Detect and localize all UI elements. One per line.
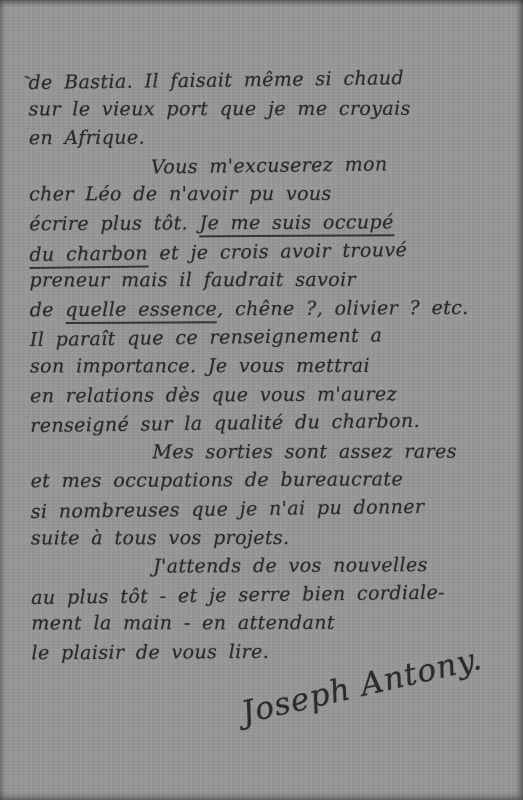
letter-text-segment: du charbon [29,242,148,269]
letter-line: renseigné sur la qualité du charbon. [30,406,492,441]
letter-line: de Bastia. Il faisait même si chaud [28,63,490,98]
letter-text-segment: sur le vieux port que je me croyais [29,97,411,120]
letter-text-segment: de Bastia. Il faisait même si chaud [28,67,404,94]
letter-line: Il paraît que ce renseignement a [30,320,492,355]
letter-line: sur le vieux port que je me croyais [29,94,491,123]
letter-text-segment: au plus tôt - et je serre bien cordiale- [31,581,445,608]
letter-text-segment: preneur mais il faudrait savoir [30,269,357,292]
letter-line: suite à tous vos projets. [31,523,493,552]
letter-text-segment: ment la main - en attendant [31,612,335,635]
letter-line: preneur mais il faudrait savoir [30,266,492,295]
letter-line: écrire plus tôt. Je me suis occupé [29,208,491,239]
letter-line: son importance. Je vous mettrai [30,352,492,381]
letter-text-segment: cher Léo de n'avoir pu vous [29,183,332,206]
letter-page: de Bastia. Il faisait même si chaudsur l… [0,0,523,800]
letter-text-segment: quelle essence [65,298,217,324]
letter-text-segment: et je crois avoir trouvé [148,239,408,264]
letter-text-segment: de [30,299,66,321]
letter-text-segment: Vous m'excuserez mon [151,153,388,178]
letter-line: si nombreuses que je n'ai pu donner [31,492,493,527]
letter-text-segment: son importance. Je vous mettrai [30,355,370,378]
letter-text-segment: en Afrique. [29,127,145,150]
letter-text-segment: Il paraît que ce renseignement a [30,325,383,352]
letter-line: et mes occupations de bureaucrate [31,465,493,496]
letter-text-segment: si nombreuses que je n'ai pu donner [31,496,425,523]
letter-text-segment: Mes sorties sont assez rares [152,440,456,463]
letter-line: en Afrique. [29,122,491,153]
letter-line: du charbon et je crois avoir trouvé [29,235,491,270]
letter-text-segment: et mes occupations de bureaucrate [31,469,404,493]
letter-line: ment la main - en attendant [31,609,493,638]
letter-body: de Bastia. Il faisait même si chaudsur l… [28,65,493,668]
letter-line: en relations dès que vous m'aurez [30,379,492,410]
letter-text-segment: J'attends de vos nouvelles [153,554,428,577]
letter-line: Vous m'excuserez mon [29,149,491,184]
letter-line: J'attends de vos nouvelles [31,551,493,582]
letter-text-segment: en relations dès que vous m'aurez [30,383,397,407]
letter-text-segment: suite à tous vos projets. [31,526,290,548]
letter-line: Mes sorties sont assez rares [30,437,492,466]
letter-line: cher Léo de n'avoir pu vous [29,180,491,209]
letter-text-segment: écrire plus tôt. [29,212,199,235]
letter-text-segment: , chêne ?, olivier ? etc. [217,297,469,320]
letter-line: au plus tôt - et je serre bien cordiale- [31,578,493,613]
letter-text-segment: le plaisir de vous lire. [31,641,269,664]
letter-text-segment: Je me suis occupé [199,211,393,237]
letter-text-segment: renseigné sur la qualité du charbon. [30,410,420,437]
